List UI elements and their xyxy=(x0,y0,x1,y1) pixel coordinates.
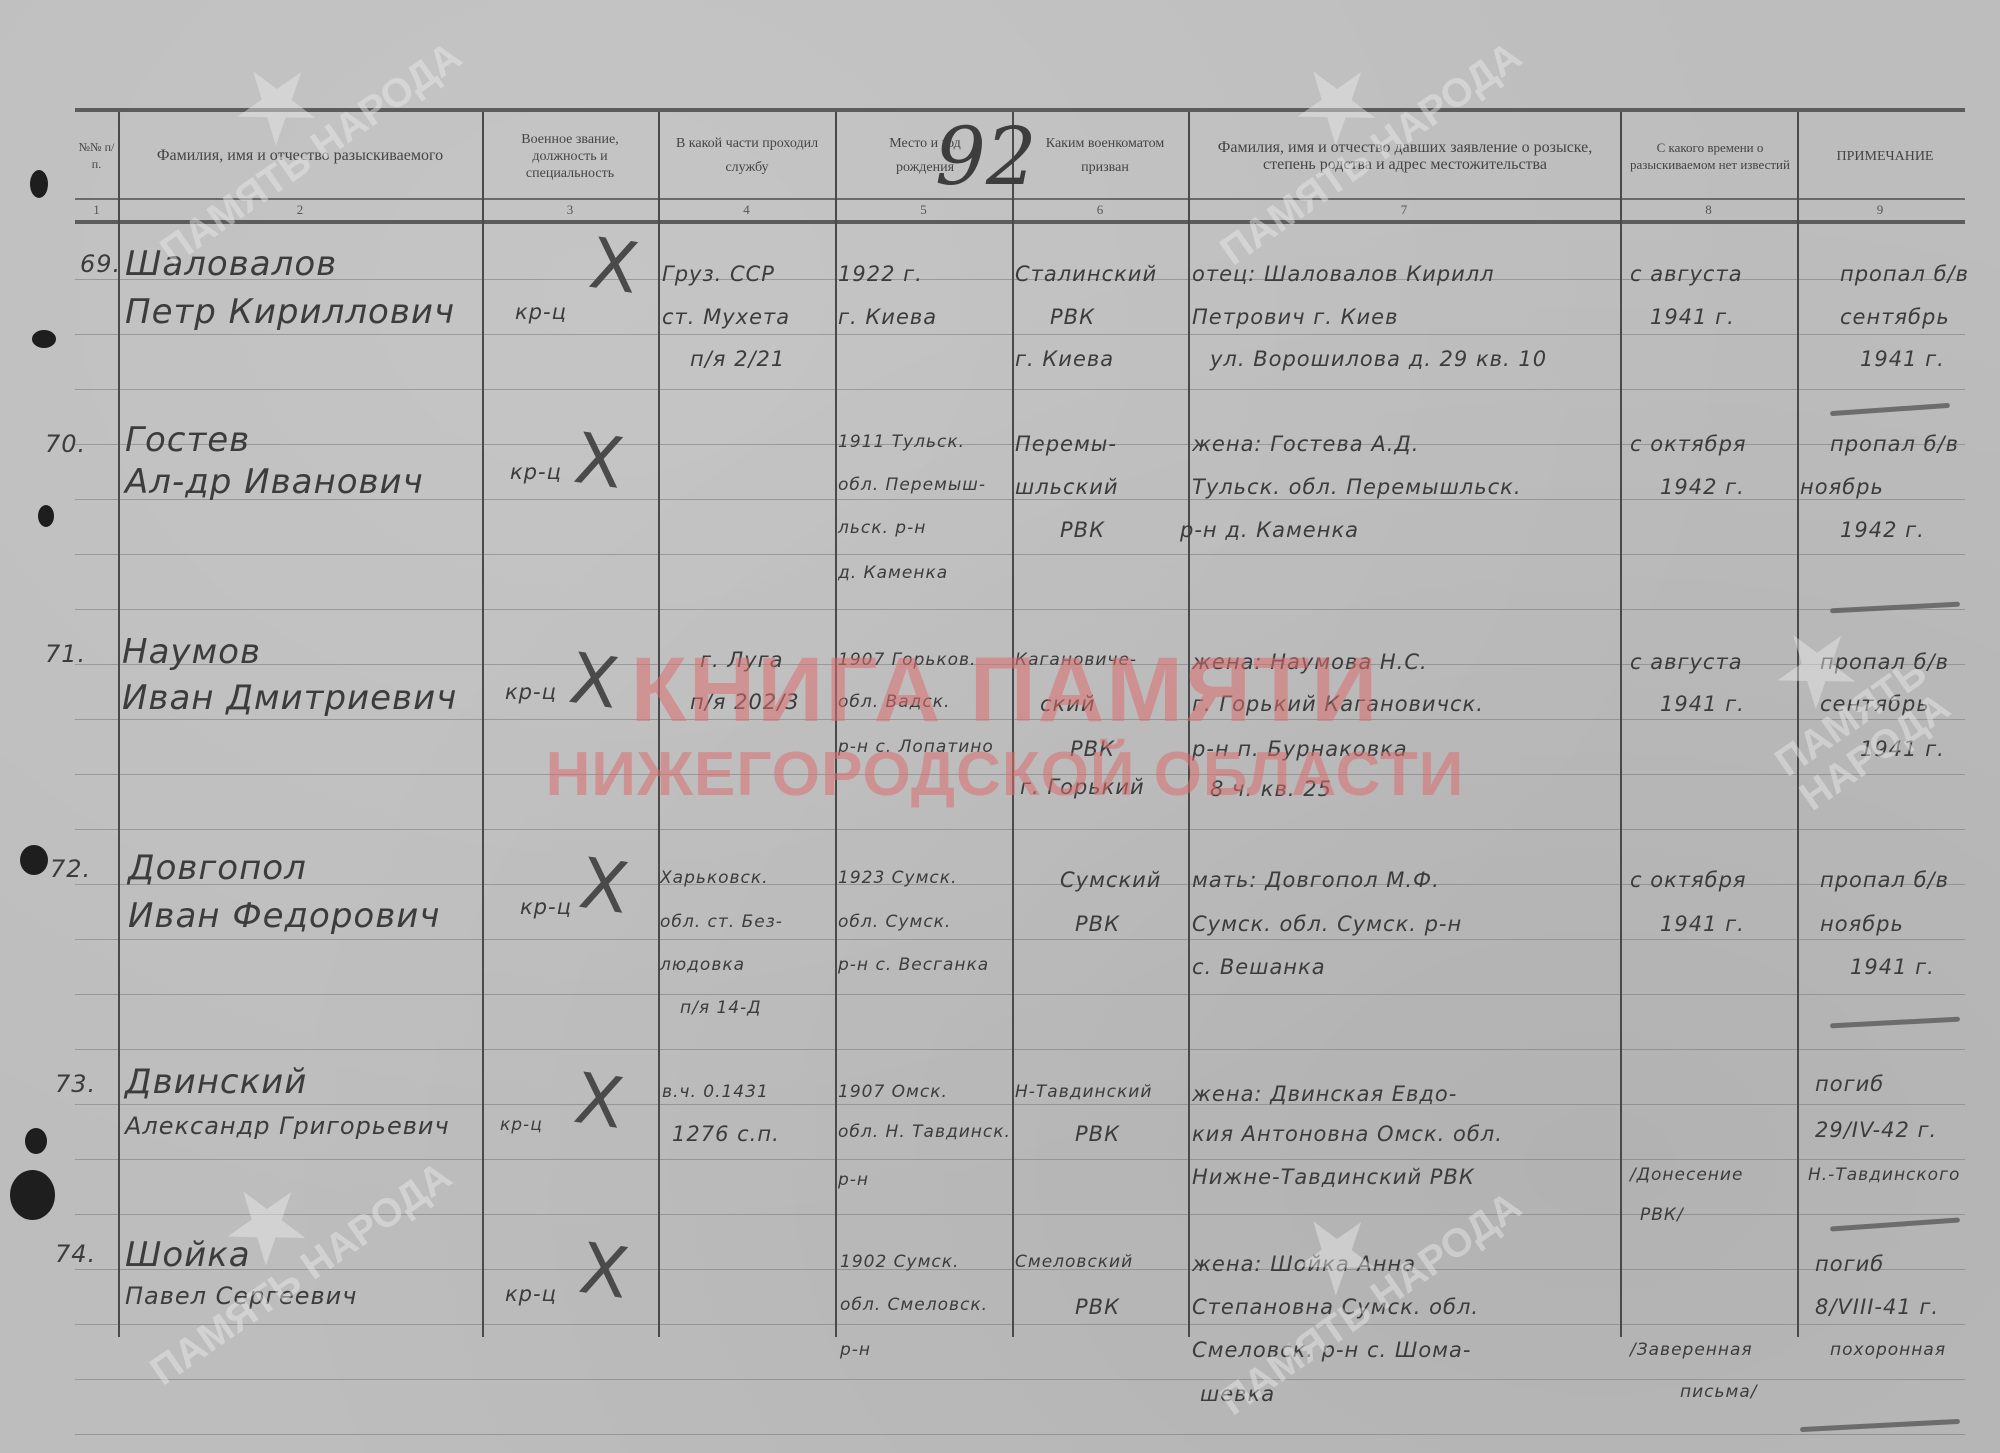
applicant-line: г. Горький Кагановичск. xyxy=(1192,692,1484,716)
since-line: РВК/ xyxy=(1640,1205,1684,1225)
applicant-line: мать: Довгопол М.Ф. xyxy=(1192,868,1440,892)
column-divider xyxy=(118,112,120,1337)
header-col-4: В какой части проходил службу xyxy=(672,114,822,198)
since-line: 1941 г. xyxy=(1650,305,1735,329)
given-names: Ал-др Иванович xyxy=(125,462,424,502)
row-number: 73. xyxy=(55,1070,96,1098)
birth-line: р-н xyxy=(838,1170,869,1190)
unit-line: 1276 с.п. xyxy=(672,1122,780,1146)
rvk-line: РВК xyxy=(1050,305,1095,329)
ink-blot xyxy=(38,505,54,527)
given-names: Петр Кириллович xyxy=(125,292,455,332)
column-divider xyxy=(658,112,660,1337)
column-divider xyxy=(1012,112,1014,1337)
note-line: похоронная xyxy=(1830,1340,1946,1360)
unit-line: людовка xyxy=(660,955,745,975)
rvk-line: РВК xyxy=(1075,1295,1120,1319)
header-col-7: Фамилия, имя и отчество давших заявление… xyxy=(1200,114,1610,198)
rvk-line: РВК xyxy=(1060,518,1105,542)
rvk-line: РВК xyxy=(1075,1122,1120,1146)
since-line: /Донесение xyxy=(1630,1165,1743,1185)
birth-line: 1923 Сумск. xyxy=(838,868,957,888)
applicant-line: с. Вешанка xyxy=(1192,955,1326,979)
unit-line: п/я 202/3 xyxy=(690,690,800,714)
column-divider xyxy=(482,112,484,1337)
given-names: Александр Григорьевич xyxy=(125,1112,450,1140)
applicant-line: Смеловск. р-н с. Шома- xyxy=(1192,1338,1471,1362)
note-line: письма/ xyxy=(1680,1382,1758,1402)
ink-blot xyxy=(30,170,48,198)
surname: Шойка xyxy=(125,1235,251,1275)
since-line: 1941 г. xyxy=(1660,912,1745,936)
birth-line: 1907 Омск. xyxy=(838,1082,948,1102)
rank: кр-ц xyxy=(505,1282,557,1306)
given-names: Иван Дмитриевич xyxy=(122,678,457,718)
applicant-line: кия Антоновна Омск. обл. xyxy=(1192,1122,1503,1146)
header-num-5: 5 xyxy=(835,202,1012,218)
applicant-line: Степановна Сумск. обл. xyxy=(1192,1295,1479,1319)
header-num-7: 7 xyxy=(1188,202,1620,218)
page-number-stamp: 92 xyxy=(935,110,1037,203)
header-bottom-border xyxy=(75,220,1965,224)
birth-line: 1907 Горьков. xyxy=(838,650,976,670)
row-number: 72. xyxy=(50,855,91,883)
applicant-line: р-н д. Каменка xyxy=(1180,518,1359,542)
note-line: 1941 г. xyxy=(1860,347,1945,371)
birth-line: обл. Смеловск. xyxy=(840,1295,988,1315)
rvk-line: г. Киева xyxy=(1015,347,1114,371)
note-line: пропал б/в xyxy=(1840,262,1969,286)
rank: кр-ц xyxy=(520,895,572,919)
rank: кр-ц xyxy=(500,1115,543,1135)
rvk-line: Перемы- xyxy=(1015,432,1117,456)
row-number: 71. xyxy=(45,640,86,668)
rvk-line: РВК xyxy=(1070,737,1115,761)
document-page: №№ п/п. Фамилия, имя и отчество разыскив… xyxy=(0,0,2000,1453)
column-divider xyxy=(1797,112,1799,1337)
note-line: сентябрь xyxy=(1820,692,1930,716)
note-line: пропал б/в xyxy=(1830,432,1959,456)
ink-blot xyxy=(10,1170,55,1220)
given-names: Павел Сергеевич xyxy=(125,1282,357,1310)
note-line: сентябрь xyxy=(1840,305,1950,329)
note-line: погиб xyxy=(1815,1072,1884,1096)
applicant-line: Тульск. обл. Перемышльск. xyxy=(1192,475,1522,499)
surname: Наумов xyxy=(122,632,261,672)
birth-line: р-н с. Лопатино xyxy=(838,737,994,757)
birth-line: 1902 Сумск. xyxy=(840,1252,959,1272)
applicant-line: отец: Шаловалов Кирилл xyxy=(1192,262,1495,286)
header-num-1: 1 xyxy=(75,202,118,218)
header-col-2: Фамилия, имя и отчество разыскиваемого xyxy=(150,114,450,198)
note-line: 8/VIII-41 г. xyxy=(1815,1295,1939,1319)
column-divider xyxy=(1620,112,1622,1337)
since-line: /Заверенная xyxy=(1630,1340,1753,1360)
rvk-line: г. Горький xyxy=(1020,775,1145,799)
unit-line: п/я 2/21 xyxy=(690,347,785,371)
surname: Гостев xyxy=(125,420,250,460)
note-line: ноябрь xyxy=(1800,475,1884,499)
rvk-line: Сумский xyxy=(1060,868,1161,892)
birth-line: р-н с. Весганка xyxy=(838,955,989,975)
note-line: погиб xyxy=(1815,1252,1884,1276)
rank: кр-ц xyxy=(510,460,562,484)
since-line: с октября xyxy=(1630,868,1747,892)
unit-line: в.ч. 0.1431 xyxy=(662,1082,769,1102)
note-line: Н.-Тавдинского xyxy=(1808,1165,1960,1185)
rvk-line: шльский xyxy=(1015,475,1119,499)
header-col-3: Военное звание, должность и специальност… xyxy=(500,114,640,198)
applicant-line: Нижне-Тавдинский РВК xyxy=(1192,1165,1475,1189)
surname: Шаловалов xyxy=(125,244,337,284)
rvk-line: РВК xyxy=(1075,912,1120,936)
note-line: ноябрь xyxy=(1820,912,1904,936)
since-line: 1942 г. xyxy=(1660,475,1745,499)
birth-line: г. Киева xyxy=(838,305,937,329)
header-num-9: 9 xyxy=(1797,202,1963,218)
note-line: 1941 г. xyxy=(1850,955,1935,979)
applicant-line: р-н п. Бурнаковка xyxy=(1192,737,1408,761)
unit-line: обл. ст. Без- xyxy=(660,912,783,932)
unit-line: ст. Мухета xyxy=(662,305,790,329)
header-col-6: Каким военкоматом призван xyxy=(1030,114,1180,198)
since-line: 1941 г. xyxy=(1660,692,1745,716)
column-divider xyxy=(1188,112,1190,1337)
note-line: пропал б/в xyxy=(1820,650,1949,674)
birth-line: 1922 г. xyxy=(838,262,923,286)
applicant-line: Сумск. обл. Сумск. р-н xyxy=(1192,912,1462,936)
header-col-1: №№ п/п. xyxy=(75,114,118,198)
applicant-line: 8 ч. кв. 25 xyxy=(1210,777,1332,801)
rvk-line: Смеловский xyxy=(1015,1252,1133,1272)
given-names: Иван Федорович xyxy=(128,896,440,936)
birth-line: р-н xyxy=(840,1340,871,1360)
surname: Довгопол xyxy=(128,848,307,888)
rvk-line: Кагановиче- xyxy=(1015,650,1137,670)
unit-line: г. Луга xyxy=(700,648,784,672)
header-col-8: С какого времени о разыскиваемом нет изв… xyxy=(1630,114,1790,198)
rvk-line: Н-Тавдинский xyxy=(1015,1082,1152,1102)
birth-line: д. Каменка xyxy=(838,563,948,583)
row-number: 74. xyxy=(55,1240,96,1268)
rank: кр-ц xyxy=(505,680,557,704)
header-num-3: 3 xyxy=(482,202,658,218)
unit-line: Харьковск. xyxy=(660,868,769,888)
note-line: 1942 г. xyxy=(1840,518,1925,542)
header-num-2: 2 xyxy=(118,202,482,218)
applicant-line: жена: Шойка Анна xyxy=(1192,1252,1416,1276)
surname: Двинский xyxy=(125,1062,307,1102)
applicant-line: жена: Наумова Н.С. xyxy=(1192,650,1428,674)
note-line: 1941 г. xyxy=(1860,737,1945,761)
birth-line: льск. р-н xyxy=(838,518,926,538)
birth-line: обл. Сумск. xyxy=(838,912,951,932)
applicant-line: жена: Двинская Евдо- xyxy=(1192,1082,1457,1106)
row-number: 70. xyxy=(45,430,86,458)
birth-line: обл. Перемыш- xyxy=(838,475,986,495)
birth-line: 1911 Тульск. xyxy=(838,432,965,452)
rvk-line: ский xyxy=(1040,692,1096,716)
since-line: с октября xyxy=(1630,432,1747,456)
ink-blot xyxy=(25,1128,47,1154)
note-line: 29/IV-42 г. xyxy=(1815,1118,1937,1142)
ink-blot xyxy=(20,845,48,875)
since-line: с августа xyxy=(1630,262,1743,286)
applicant-line: шевка xyxy=(1200,1382,1275,1406)
header-num-8: 8 xyxy=(1620,202,1797,218)
note-line: пропал б/в xyxy=(1820,868,1949,892)
birth-line: обл. Вадск. xyxy=(838,692,950,712)
birth-line: обл. Н. Тавдинск. xyxy=(838,1122,1011,1142)
unit-line: Груз. ССР xyxy=(662,262,775,286)
rank: кр-ц xyxy=(515,300,567,324)
row-number: 69. xyxy=(80,250,121,278)
since-line: с августа xyxy=(1630,650,1743,674)
column-divider xyxy=(835,112,837,1337)
rvk-line: Сталинский xyxy=(1015,262,1157,286)
applicant-line: ул. Ворошилова д. 29 кв. 10 xyxy=(1210,347,1547,371)
applicant-line: Петрович г. Киев xyxy=(1192,305,1398,329)
header-num-6: 6 xyxy=(1012,202,1188,218)
applicant-line: жена: Гостева А.Д. xyxy=(1192,432,1419,456)
header-num-4: 4 xyxy=(658,202,835,218)
ink-blot xyxy=(32,330,56,348)
header-col-9: ПРИМЕЧАНИЕ xyxy=(1805,114,1965,198)
unit-line: п/я 14-Д xyxy=(680,998,762,1018)
